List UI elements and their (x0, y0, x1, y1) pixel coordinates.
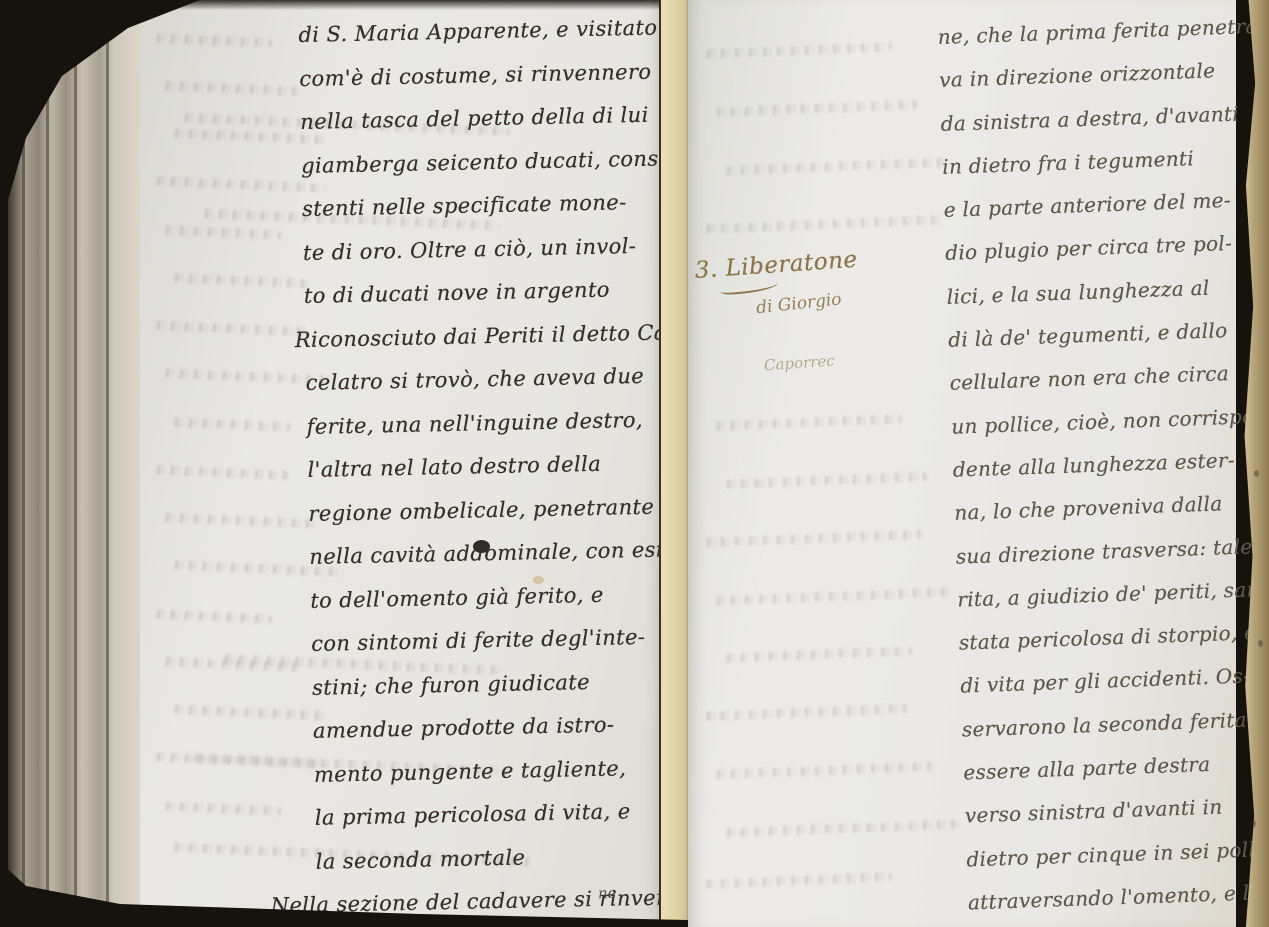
bleedthrough-line (702, 530, 924, 548)
bleedthrough-line (161, 81, 299, 96)
bleedthrough-line (152, 321, 308, 337)
edge-speck (1254, 470, 1259, 477)
bleedthrough-line (170, 417, 290, 431)
bleedthrough-line (161, 513, 317, 529)
bleedthrough-line (722, 158, 944, 176)
page-stack-edges (8, 0, 148, 927)
manuscript-line: stenti nelle specificate mone- (302, 180, 681, 231)
gutter-cream-strip (661, 0, 688, 927)
bleedthrough-line (152, 465, 290, 480)
bleedthrough-line (712, 762, 934, 780)
page-edge-crevice (106, 0, 109, 927)
bleedthrough-line (712, 414, 902, 430)
manuscript-line: con sintomi di ferite degl'inte- (311, 615, 690, 666)
catchword: ne (598, 884, 617, 903)
bleedthrough-line (722, 472, 928, 489)
page-edge-crevice (46, 0, 49, 927)
bleedthrough-line (712, 100, 918, 117)
page-edge-crevice (74, 0, 77, 927)
right-page-text: ne, che la prima ferita penetra-va in di… (937, 4, 1269, 924)
bleedthrough-line (170, 273, 308, 288)
bleedthrough-line (722, 646, 912, 662)
manuscript-line: te di oro. Oltre a ciò, un invol- (303, 224, 682, 275)
manuscript-line: ferite, una nell'inguine destro, (306, 397, 685, 448)
bleedthrough-line (152, 33, 272, 47)
manuscript-line: nella cavità addominale, con esi- (309, 528, 688, 579)
margin-note: 3. Liberatone di Giorgio Caporrec (694, 258, 857, 313)
bleedthrough-line (161, 801, 281, 815)
bleedthrough-line (702, 215, 940, 233)
bleedthrough-line (702, 872, 892, 888)
manuscript-line: di S. Maria Apparente, e visitato (298, 6, 677, 57)
bleedthrough-line (152, 609, 272, 623)
manuscript-photo: di S. Maria Apparente, e visitatocom'è d… (0, 0, 1269, 927)
bleedthrough-line (161, 225, 281, 239)
bleedthrough-line (152, 176, 326, 192)
bleedthrough-line (712, 587, 950, 605)
manuscript-line: nella tasca del petto della di lui (300, 93, 679, 144)
left-page-text: di S. Maria Apparente, e visitatocom'è d… (298, 6, 695, 927)
bleedthrough-line (702, 704, 908, 721)
edge-speck (1258, 640, 1263, 647)
bleedthrough-line (702, 42, 892, 58)
bleedthrough-line (722, 819, 960, 837)
manuscript-line: celatro si trovò, che aveva due (305, 354, 684, 405)
bleedthrough-line (170, 705, 326, 721)
